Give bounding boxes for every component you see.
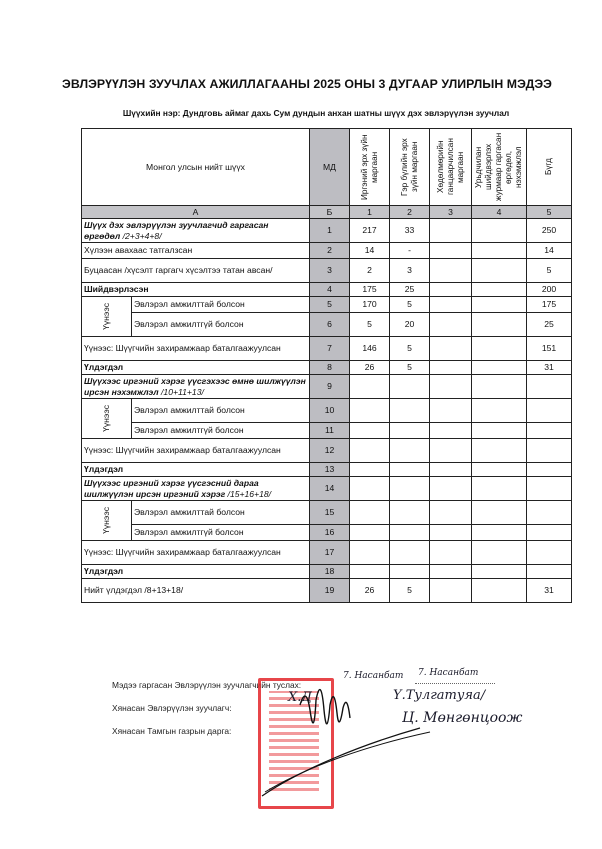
signature-scribble (0, 0, 602, 849)
